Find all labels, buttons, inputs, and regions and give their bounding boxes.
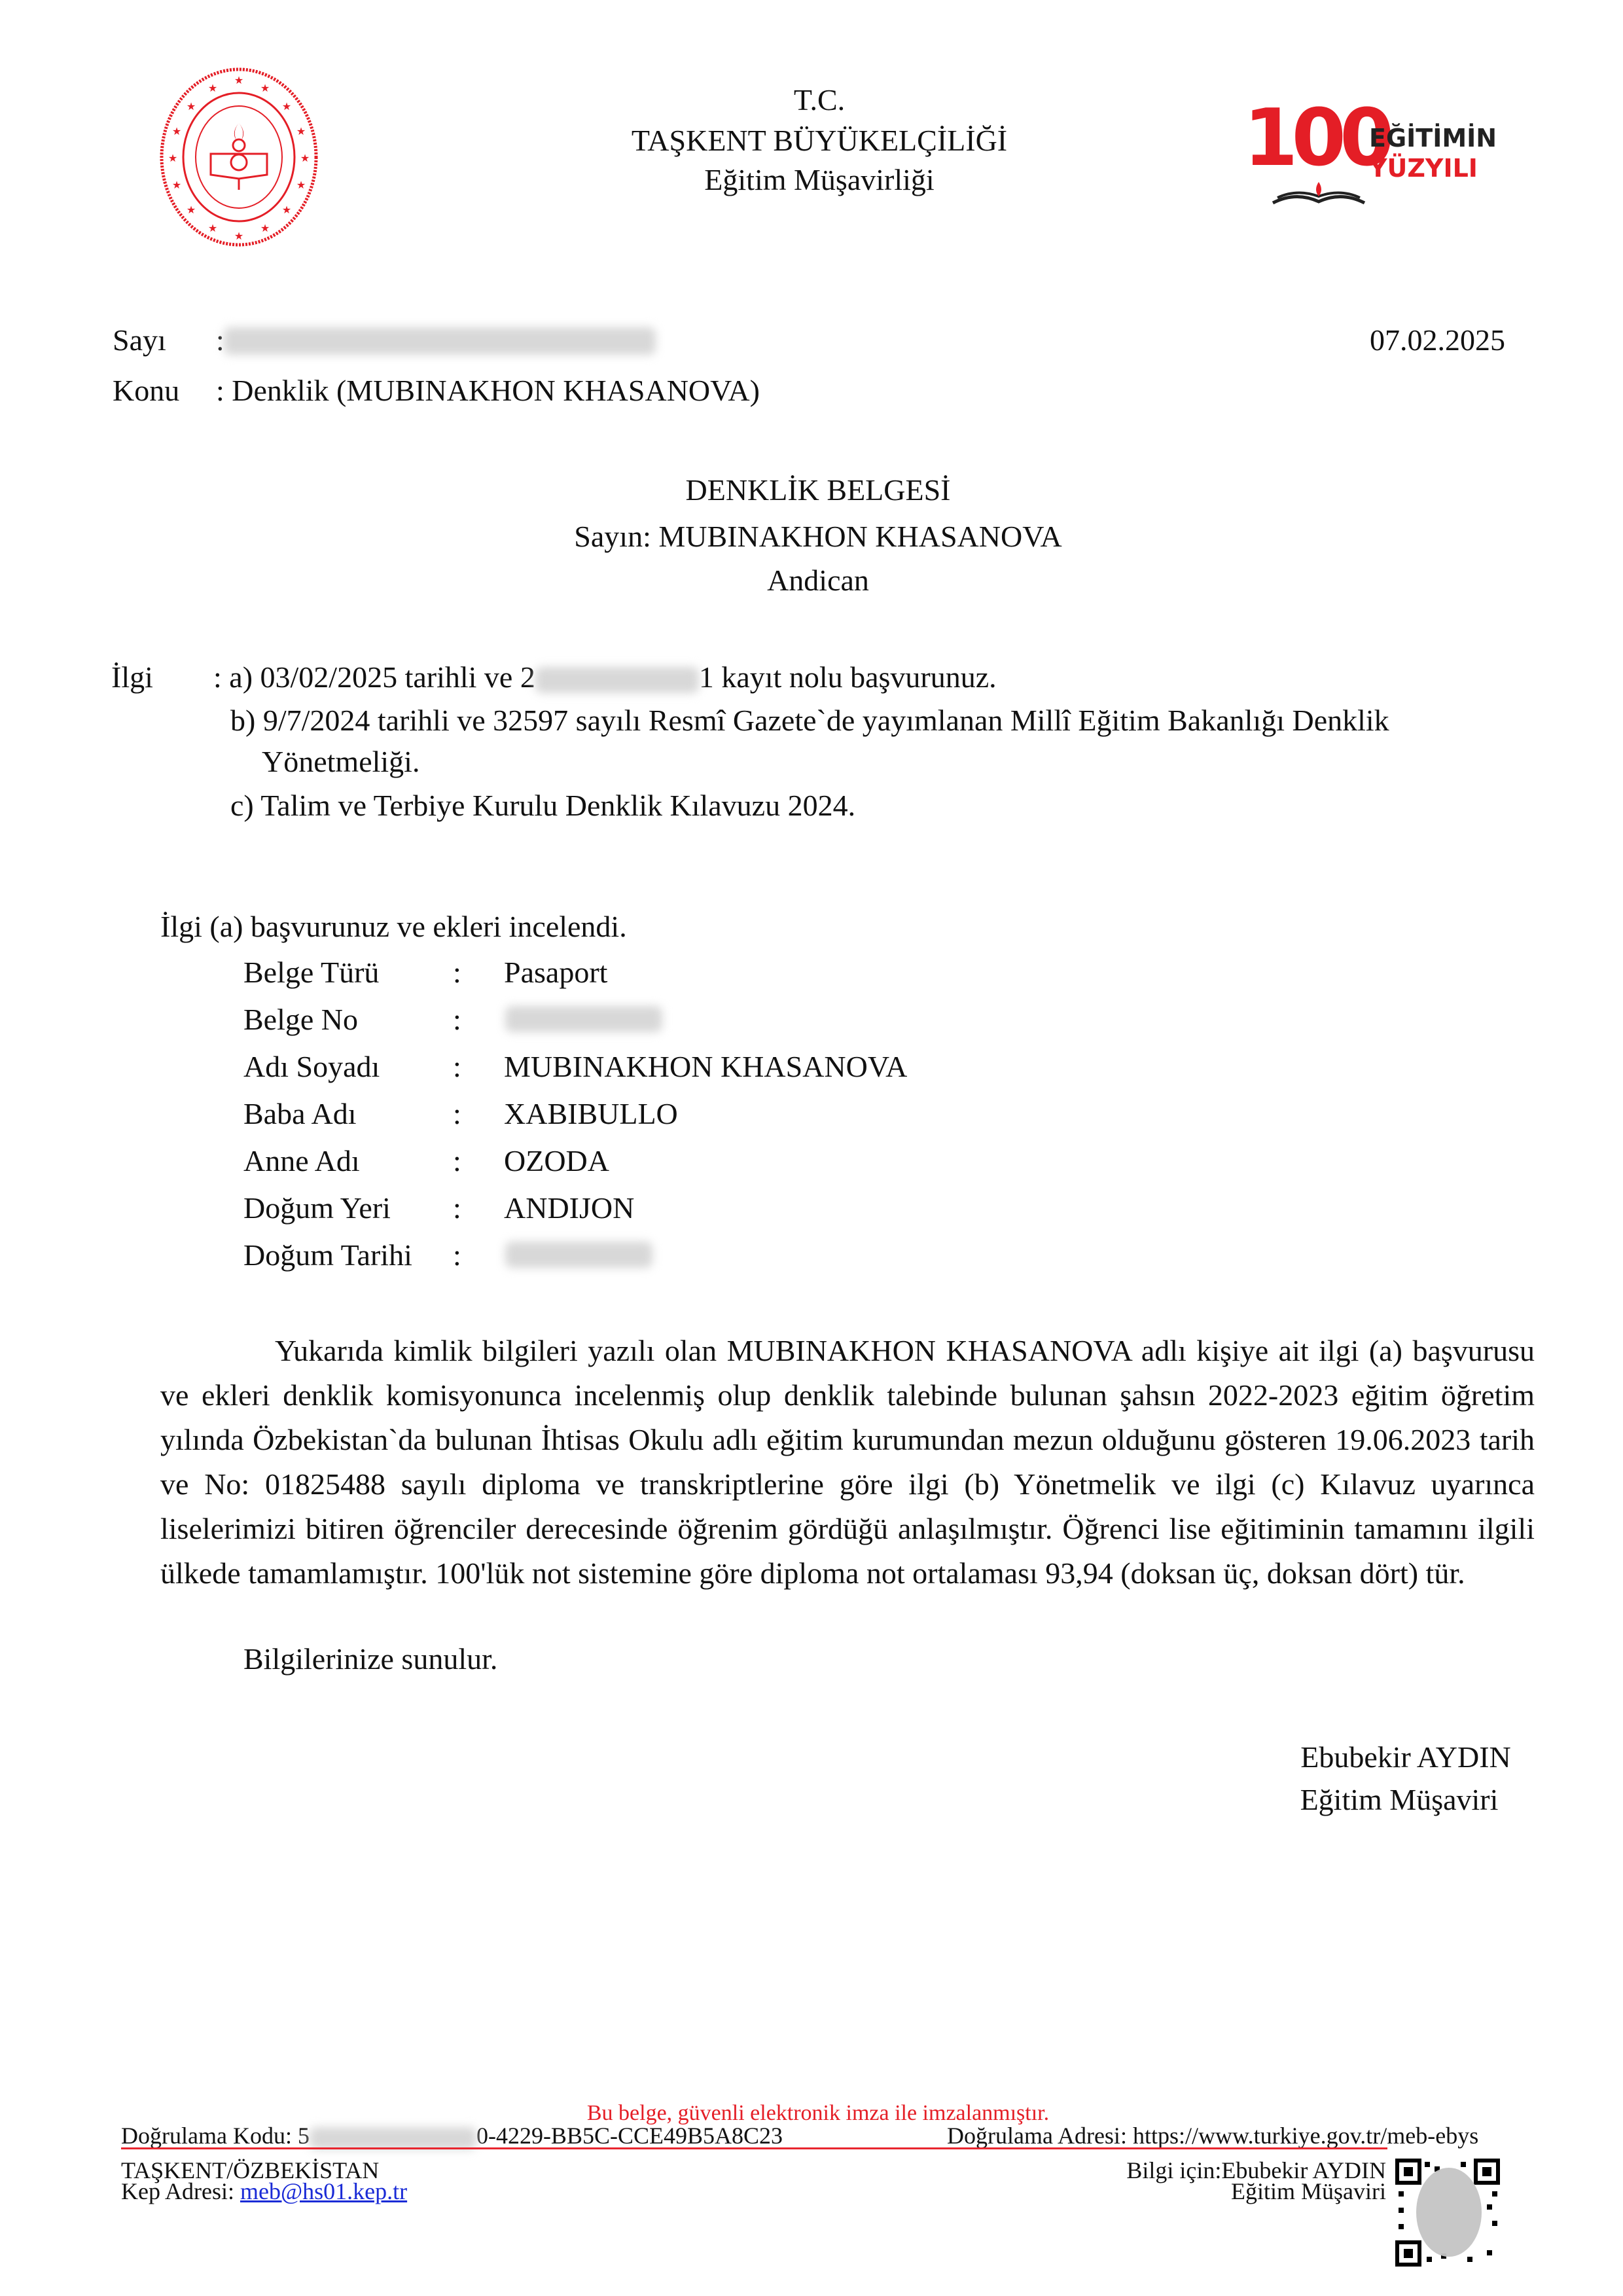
addressee-city: Andican — [767, 565, 869, 596]
header-line-embassy: TAŞKENT BÜYÜKELÇİLİĞİ — [632, 126, 1007, 156]
ilgi-item-c: c) Talim ve Terbiye Kurulu Denklik Kılav… — [230, 791, 855, 821]
ilgi-marker-b: b) — [230, 704, 255, 737]
ilgi-item-a: : a) 03/02/2025 tarihli ve 21 kayıt nolu… — [213, 662, 997, 693]
logo-word-egitimin: EĞİTİMİN — [1369, 126, 1497, 151]
ilgi-c-text: Talim ve Terbiye Kurulu Denklik Kılavuzu… — [260, 789, 855, 822]
logo-100-number: 100 — [1243, 99, 1388, 178]
svg-text:★: ★ — [260, 222, 270, 234]
svg-text:★: ★ — [187, 100, 196, 113]
row-value-adi-soyadi: MUBINAKHON KHASANOVA — [504, 1052, 907, 1082]
row-label-baba-adi: Baba Adı — [243, 1099, 356, 1129]
row-label-dogum-tarihi: Doğum Tarihi — [243, 1240, 412, 1270]
row-label-adi-soyadi: Adı Soyadı — [243, 1052, 380, 1082]
document-title: DENKLİK BELGESİ — [686, 475, 951, 505]
sayi-label: Sayı — [113, 325, 166, 355]
row-value-belge-turu: Pasaport — [504, 958, 607, 988]
ilgi-a-text-before: 03/02/2025 tarihli ve 2 — [260, 660, 535, 694]
header-line-office: Eğitim Müşavirliği — [704, 165, 934, 195]
row-label-belge-no: Belge No — [243, 1005, 358, 1035]
ilgi-b-text: 9/7/2024 tarihli ve 32597 sayılı Resmî G… — [263, 704, 1389, 737]
verification-code-redacted — [310, 2127, 476, 2149]
header-line-tc: T.C. — [794, 85, 845, 115]
footer-divider — [121, 2147, 1387, 2149]
konu-value: : Denklik (MUBINAKHON KHASANOVA) — [216, 376, 760, 406]
ilgi-a-text-after: 1 kayıt nolu başvurunuz. — [699, 660, 997, 694]
open-book-icon — [1270, 177, 1368, 209]
review-intro: İlgi (a) başvurunuz ve ekleri incelendi. — [160, 912, 627, 942]
addressee: Sayın: MUBINAKHON KHASANOVA — [574, 522, 1061, 552]
row-colon: : — [453, 958, 461, 988]
svg-text:★: ★ — [300, 152, 310, 164]
row-colon: : — [453, 1005, 461, 1035]
row-colon: : — [453, 1193, 461, 1223]
row-colon: : — [453, 1099, 461, 1129]
info-title: Eğitim Müşaviri — [1231, 2179, 1386, 2203]
egitimin-yuzyili-logo: 100 EĞİTİMİN YÜZYILI — [1243, 111, 1518, 209]
meb-seal-icon: ★ ★ ★ ★ ★ ★ ★ ★ ★ ★ ★ ★ ★ ★ ★ ★ — [157, 65, 321, 249]
verification-code-label: Doğrulama Kodu: 5 — [121, 2123, 310, 2149]
row-value-belge-no-redacted — [505, 1006, 662, 1032]
row-colon: : — [453, 1240, 461, 1270]
svg-text:★: ★ — [172, 125, 181, 137]
verification-address[interactable]: Doğrulama Adresi: https://www.turkiye.go… — [947, 2124, 1478, 2147]
qr-code-icon — [1395, 2159, 1500, 2267]
ilgi-item-b: b) 9/7/2024 tarihli ve 32597 sayılı Resm… — [230, 706, 1389, 736]
row-value-dogum-tarihi-redacted — [505, 1242, 652, 1268]
svg-text:★: ★ — [282, 100, 291, 113]
kep-address: Kep Adresi: meb@hs01.kep.tr — [121, 2179, 407, 2203]
logo-word-yuzyili: YÜZYILI — [1369, 156, 1478, 181]
svg-text:★: ★ — [296, 179, 306, 191]
svg-text:★: ★ — [172, 179, 181, 191]
svg-text:★: ★ — [208, 222, 217, 234]
svg-text:★: ★ — [187, 204, 196, 216]
kep-address-link[interactable]: meb@hs01.kep.tr — [240, 2178, 407, 2204]
ilgi-marker-a: : a) — [213, 660, 253, 694]
verification-code-tail: 0-4229-BB5C-CCE49B5A8C23 — [476, 2123, 783, 2149]
body-paragraph: Yukarıda kimlik bilgileri yazılı olan MU… — [160, 1329, 1535, 1596]
svg-text:★: ★ — [296, 125, 306, 137]
row-colon: : — [453, 1052, 461, 1082]
ilgi-b-continuation: Yönetmeliği. — [262, 747, 419, 777]
row-label-dogum-yeri: Doğum Yeri — [243, 1193, 391, 1223]
svg-text:★: ★ — [234, 230, 243, 242]
kep-label: Kep Adresi: — [121, 2178, 240, 2204]
row-colon: : — [453, 1146, 461, 1176]
body-paragraph-text: Yukarıda kimlik bilgileri yazılı olan MU… — [160, 1334, 1535, 1590]
row-value-dogum-yeri: ANDIJON — [504, 1193, 634, 1223]
svg-text:★: ★ — [282, 204, 291, 216]
signatory-name: Ebubekir AYDIN — [1300, 1742, 1511, 1772]
sayi-value-redacted — [224, 327, 656, 355]
svg-text:★: ★ — [234, 74, 243, 86]
document-date: 07.02.2025 — [1370, 325, 1505, 355]
closing-line: Bilgilerinize sunulur. — [243, 1644, 497, 1674]
svg-text:★: ★ — [168, 152, 177, 164]
application-number-redacted — [535, 667, 699, 693]
svg-text:★: ★ — [208, 82, 217, 94]
konu-label: Konu — [113, 376, 179, 406]
verification-code: Doğrulama Kodu: 50-4229-BB5C-CCE49B5A8C2… — [121, 2124, 783, 2149]
ilgi-marker-c: c) — [230, 789, 254, 822]
row-label-belge-turu: Belge Türü — [243, 958, 379, 988]
signatory-title: Eğitim Müşaviri — [1300, 1785, 1499, 1815]
row-value-anne-adi: OZODA — [504, 1146, 609, 1176]
svg-text:★: ★ — [260, 82, 270, 94]
ilgi-label: İlgi — [111, 662, 153, 692]
sayi-colon: : — [216, 325, 224, 355]
row-value-baba-adi: XABIBULLO — [504, 1099, 678, 1129]
row-label-anne-adi: Anne Adı — [243, 1146, 360, 1176]
